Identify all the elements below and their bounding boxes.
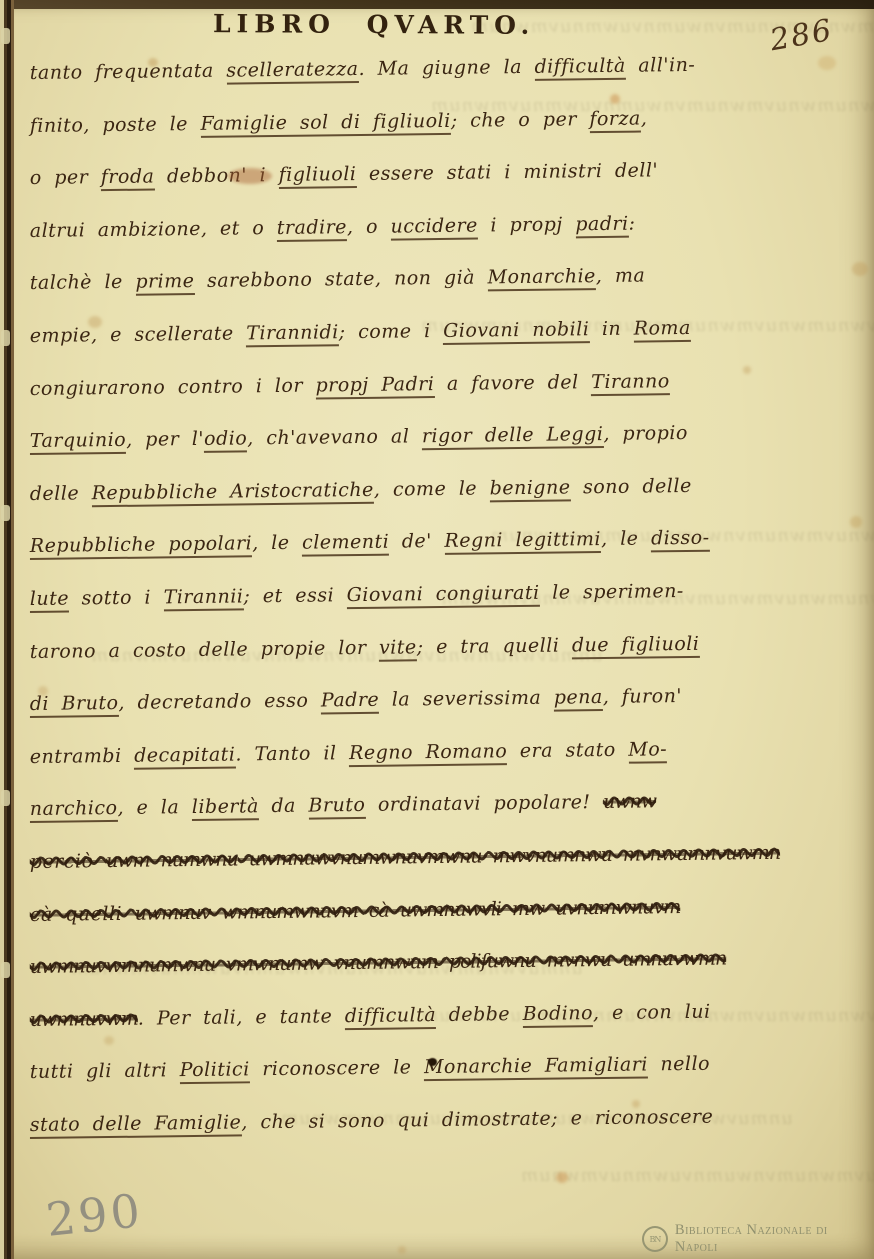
text-segment: sotto i <box>69 586 164 609</box>
text-segment: , per l' <box>126 428 204 451</box>
binding-stitch <box>1 962 10 978</box>
stain <box>104 1036 114 1045</box>
underlined-word: Bruto <box>308 794 365 820</box>
text-segment: riconoscere le <box>250 1056 425 1080</box>
showthrough-ghost: unmuvwnumwnuvmwnumvnwumnvuwmnuvmwnum <box>420 1005 874 1026</box>
stain <box>398 1246 406 1254</box>
text-segment: , ma <box>596 265 646 288</box>
text-segment: finito, poste le <box>30 113 201 137</box>
underlined-word: lute <box>30 587 70 612</box>
stain <box>852 262 868 276</box>
watermark-text: Biblioteca Nazionale di Napoli <box>675 1222 874 1256</box>
text-segment: , decretando esso <box>118 690 321 714</box>
text-line: tutti gli altri Politici riconoscere le … <box>30 1052 771 1114</box>
struck-text: uwmnuv <box>135 901 211 924</box>
struck-text: uwmnuvwm <box>30 1007 138 1030</box>
binding-edge <box>0 0 16 1259</box>
underlined-word: prime <box>135 270 194 296</box>
text-segment: altrui ambizione, et o <box>30 217 277 242</box>
text-segment: . Ma giugne la <box>358 56 534 80</box>
struck-text: uwm numwnu <box>106 848 238 872</box>
text-segment: nello <box>648 1053 710 1076</box>
stain <box>88 316 102 328</box>
underlined-word: Tirannidi <box>246 321 339 347</box>
binding-stitch <box>1 28 10 44</box>
text-segment: talchè le <box>30 271 136 294</box>
stain <box>228 168 272 184</box>
underlined-word: Tirannii <box>163 585 243 611</box>
underlined-word: froda <box>101 166 155 192</box>
stain <box>743 366 751 374</box>
binding-stitch <box>1 505 10 521</box>
underlined-word: clementi <box>302 531 389 557</box>
text-segment: i propj <box>478 213 576 236</box>
showthrough-ghost: unmuvwnumwnuvmwnumvnwumnvuwmnuvmwnum <box>280 1108 793 1129</box>
text-segment: , ch'avevano al <box>247 425 422 449</box>
text-line: cà quelli uwmnuv wmnumwnuvm cà uwmnuwvli… <box>30 894 771 956</box>
manuscript-lines: tanto frequentata scelleratezza. Ma giug… <box>30 62 770 1166</box>
text-segment: entrambi <box>30 744 135 767</box>
text-segment: de' <box>389 530 444 553</box>
underlined-word: scelleratezza <box>226 58 358 85</box>
underlined-word: padri <box>575 212 629 238</box>
struck-text: uwnw <box>603 791 656 814</box>
text-segment: , e la <box>117 796 192 819</box>
text-line: altrui ambizione, et o tradire, o uccide… <box>30 211 771 273</box>
showthrough-ghost: unmuvwnumwnuvmwnumvnwumnvuwmnuvmwnum <box>70 958 583 979</box>
text-segment: tutti gli altri <box>30 1059 180 1083</box>
ink-blot <box>428 1058 437 1066</box>
bnn-monogram-icon: BN <box>642 1226 668 1252</box>
underlined-word: Monarchie <box>487 265 596 291</box>
underlined-word: narchico <box>30 797 118 823</box>
text-segment: la severissima <box>379 687 554 711</box>
struck-text: cà quelli <box>30 902 135 925</box>
text-segment: congiurarono contro i lor <box>30 374 316 399</box>
pencil-folio-number: 290 <box>43 1183 145 1247</box>
text-segment: , le <box>252 532 302 555</box>
book-top-edge <box>0 0 874 9</box>
binding-stitch <box>1 330 10 346</box>
text-segment: sarebbono state, non già <box>194 267 487 293</box>
stain <box>850 516 862 528</box>
underlined-word: rigor delle Leggi <box>422 423 604 450</box>
text-segment: era stato <box>507 738 628 761</box>
stain <box>148 58 158 67</box>
showthrough-ghost: unmuvwnumwnuvmwnumvnwumnvuwmnuvmwnum <box>490 525 874 546</box>
text-segment: o per <box>30 166 101 189</box>
text-segment: da <box>259 795 309 818</box>
text-segment: , propio <box>603 422 688 445</box>
stain <box>632 1100 640 1108</box>
text-segment: tanto frequentata <box>30 60 227 84</box>
text-line: di Bruto, decretando esso Padre la sever… <box>30 684 771 746</box>
underlined-word: Tarquinio <box>30 429 127 455</box>
showthrough-ghost: unmuvwnumwnuvmwnumvnwumnvuwmnuvmwnum <box>520 1165 874 1186</box>
showthrough-ghost: unmuvwnumwnuvmwnumvnwumnvuwmnuvmwnum <box>420 315 874 336</box>
showthrough-ghost: unmuvwnumwnuvmwnumvnwumnvuwmnuvmwnum <box>470 16 874 37</box>
text-segment: empie, e scellerate <box>30 322 247 347</box>
underlined-word: tradire <box>277 216 347 242</box>
library-watermark: BN Biblioteca Nazionale di Napoli <box>642 1222 874 1256</box>
text-segment: . Per tali, e tante <box>138 1005 345 1030</box>
text-segment: a favore del <box>434 371 591 395</box>
binding-stitch <box>1 790 10 806</box>
text-segment: , come le <box>374 477 490 500</box>
underlined-word: Monarchie Famigliari <box>424 1054 648 1082</box>
text-segment: . Tanto il <box>235 742 349 765</box>
text-segment: all'in- <box>626 54 696 77</box>
underlined-word: Tiranno <box>591 370 670 396</box>
underlined-word: Repubbliche popolari <box>30 533 253 561</box>
underlined-word: Padre <box>321 689 380 715</box>
underlined-word: benigne <box>490 476 571 502</box>
text-segment: ordinatavi popolare! <box>365 791 603 816</box>
underlined-word: Repubbliche Aristocratiche <box>92 479 374 507</box>
text-line: narchico, e la libertà da Bruto ordinata… <box>30 789 771 851</box>
showthrough-ghost: unmuvwnumwnuvmwnumvnwumnvuwmnuvmwnum <box>440 588 874 609</box>
underlined-word: Famiglie sol di figliuoli <box>200 109 451 137</box>
underlined-word: libertà <box>192 796 259 822</box>
text-segment: essere stati i ministri dell' <box>356 160 658 186</box>
underlined-word: propj Padri <box>315 373 434 399</box>
text-line: o per froda debbon' i figliuoli essere s… <box>30 158 771 220</box>
text-segment: sono delle <box>570 475 692 498</box>
showthrough-ghost: unmuvwnumwnuvmwnumvnwumnvuwmnuvmwnum <box>90 645 603 666</box>
text-segment: , furon' <box>603 685 683 708</box>
text-segment: delle <box>30 482 92 505</box>
text-segment: : <box>628 212 635 234</box>
underlined-word: decapitati <box>134 743 236 769</box>
underlined-word: figliuoli <box>279 163 357 189</box>
text-line: perciò uwm numwnu uwmnuwvnumwnuvmwnu mwv… <box>30 842 771 904</box>
manuscript-page: LIBRO QVARTO. 286 tanto frequentata scel… <box>0 0 874 1259</box>
showthrough-ghost: unmuvwnumwnuvmwnumvnwumnvuwmnuvmwnum <box>430 95 874 116</box>
underlined-word: odio <box>204 428 247 454</box>
underlined-word: Mo- <box>628 738 667 763</box>
stain <box>38 686 48 696</box>
stain <box>610 94 620 104</box>
struck-text: perciò <box>30 850 106 873</box>
text-line: congiurarono contro i lor propj Padri a … <box>30 369 771 431</box>
underlined-word: difficultà <box>534 55 626 81</box>
text-segment: ; et essi <box>243 584 346 607</box>
text-line: entrambi decapitati. Tanto il Regno Roma… <box>30 737 771 799</box>
text-segment: , o <box>347 215 391 238</box>
underlined-word: Regno Romano <box>349 740 507 767</box>
underlined-word: pena <box>554 686 603 712</box>
stain <box>818 56 836 70</box>
text-line: Tarquinio, per l'odio, ch'avevano al rig… <box>30 421 771 483</box>
underlined-word: uccidere <box>390 214 478 240</box>
stain <box>556 1172 568 1183</box>
underlined-word: Politici <box>180 1059 250 1085</box>
underlined-word: stato delle Famiglie <box>30 1111 242 1139</box>
